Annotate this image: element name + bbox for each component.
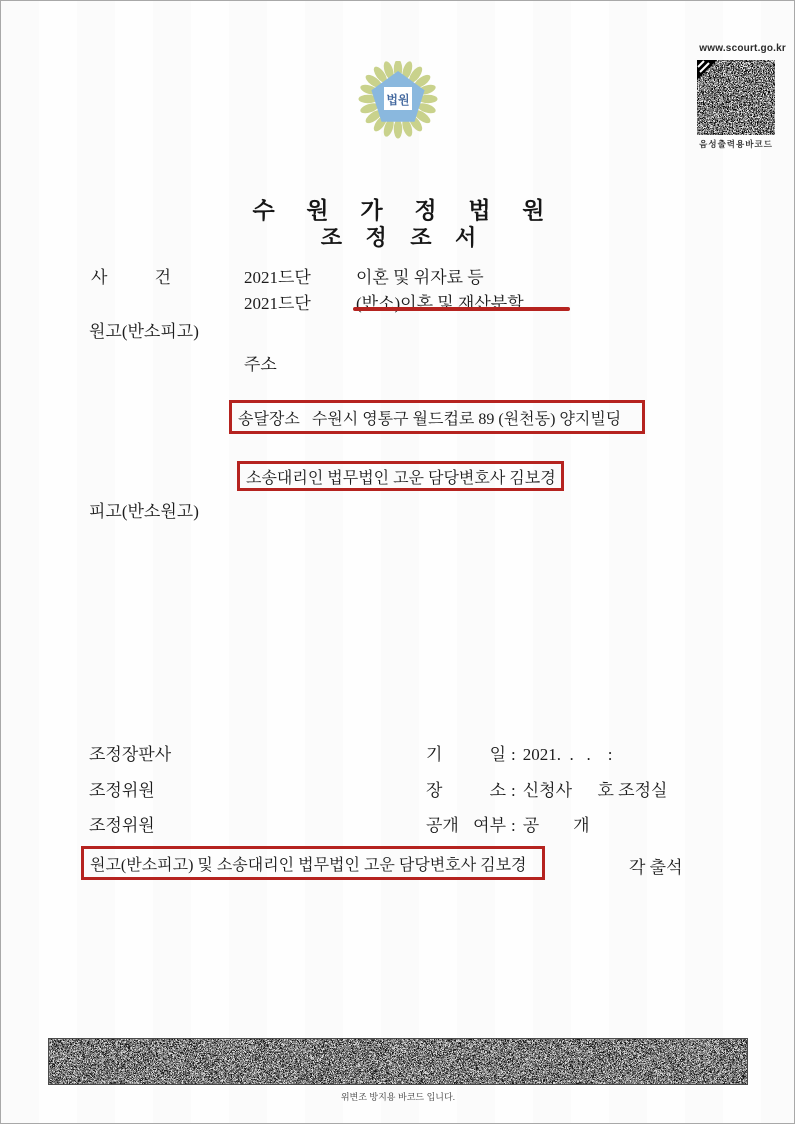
session-date-row: 기 일 : 2021. . . :: [426, 740, 612, 765]
case-number-2: 2021드단: [244, 289, 311, 314]
voice-output-barcode: [697, 60, 775, 135]
session-place-row: 장 소 : 신청사 호 조정실: [426, 776, 667, 801]
case-label: 사 건: [91, 263, 171, 288]
address-label: 주소: [244, 350, 277, 375]
emblem-text: 법원: [386, 92, 409, 107]
session-place-value: 신청사 호 조정실: [523, 776, 668, 801]
scanned-court-document: 법원 www.scourt.go.kr 음성출력용바코드 수 원 가 정 법 원…: [0, 0, 795, 1124]
attorney-text: 소송대리인 법무법인 고운 담당변호사 김보경: [246, 465, 556, 488]
plaintiff-label: 원고(반소피고): [89, 317, 199, 342]
court-website-url: www.scourt.go.kr: [621, 43, 786, 54]
annotation-underline: [353, 307, 570, 311]
anti-forgery-caption: 위변조 방지용 바코드 입니다.: [48, 1090, 748, 1103]
attendance-status: 각 출석: [629, 853, 683, 878]
case-number-1: 2021드단: [244, 263, 311, 288]
annotation-box-attendee: 원고(반소피고) 및 소송대리인 법무법인 고운 담당변호사 김보경: [81, 846, 545, 880]
case-name-1: 이혼 및 위자료 등: [356, 263, 484, 288]
colon: :: [511, 816, 516, 836]
colon: :: [511, 781, 516, 801]
court-emblem: 법원: [354, 61, 442, 144]
colon: :: [511, 745, 516, 765]
annotation-box-service-address: 송달장소 수원시 영통구 월드컵로 89 (원천동) 양지빌딩: [229, 400, 645, 434]
session-date-label: 기 일: [426, 740, 506, 765]
session-date-value: 2021. . . :: [523, 745, 613, 765]
presiding-judge-label: 조정장판사: [89, 740, 185, 765]
annotation-box-attorney: 소송대리인 법무법인 고운 담당변호사 김보경: [237, 461, 564, 491]
service-address-text: 송달장소 수원시 영통구 월드컵로 89 (원천동) 양지빌딩: [238, 406, 621, 429]
commissioner-2-label: 조정위원: [89, 811, 185, 836]
session-public-label: 공개 여부: [426, 811, 506, 836]
anti-forgery-barcode-image: [49, 1039, 747, 1084]
attendee-text: 원고(반소피고) 및 소송대리인 법무법인 고운 담당변호사 김보경: [90, 852, 527, 875]
session-place-label: 장 소: [426, 776, 506, 801]
session-public-value: 공 개: [523, 811, 590, 836]
voice-barcode-caption: 음성출력용바코드: [685, 138, 787, 150]
anti-forgery-barcode: [48, 1038, 748, 1085]
defendant-label: 피고(반소원고): [89, 497, 199, 522]
commissioner-1-label: 조정위원: [89, 776, 185, 801]
voice-barcode-image: [697, 60, 775, 135]
court-emblem-icon: 법원: [354, 61, 442, 139]
session-public-row: 공개 여부 : 공 개: [426, 811, 590, 836]
document-type-title: 조 정 조 서: [1, 221, 795, 252]
